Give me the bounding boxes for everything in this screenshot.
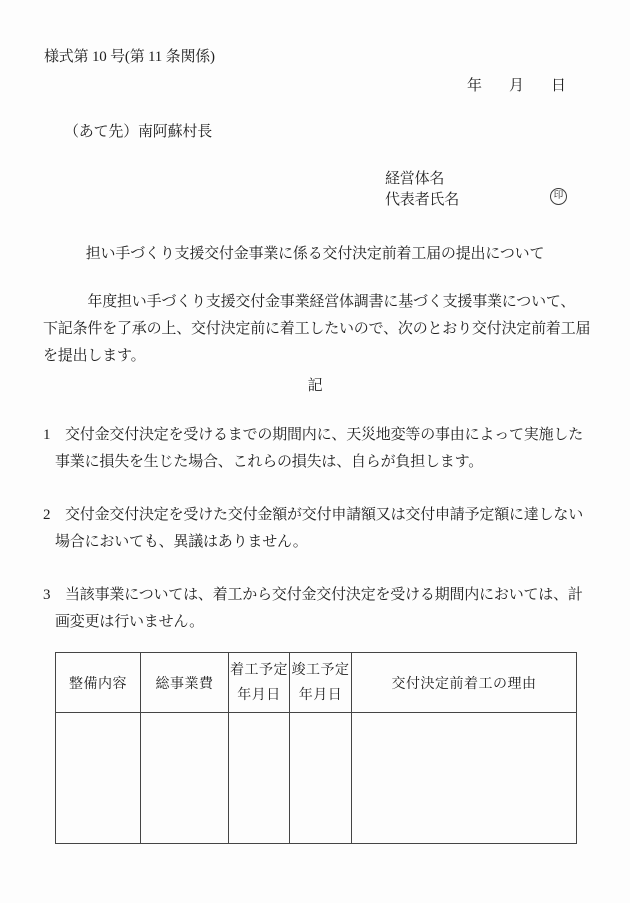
condition-line: 場合においても、異議はありません。 [43,529,592,556]
header-line: 年月日 [229,683,289,708]
cell-maintenance-content [56,713,141,844]
condition-item-3: 3当該事業については、着工から交付金交付決定を受ける期間内においては、計 画変更… [43,582,592,636]
condition-line: 画変更は行いません。 [43,609,592,636]
header-line: 年月日 [290,683,351,708]
body-line: を提出します。 [43,343,592,370]
header-line: 着工予定 [229,658,289,683]
item-number: 3 [43,582,65,609]
form-number: 様式第 10 号(第 11 条関係) [44,45,215,66]
construction-schedule-table: 整備内容 総事業費 着工予定 年月日 竣工予定 年月日 交付決定前着工の理由 [55,652,577,844]
item-text: 交付金交付決定を受けた交付金額が交付申請額又は交付申請予定額に達しない [65,507,583,523]
document-title: 担い手づくり支援交付金事業に係る交付決定前着工届の提出について [0,242,630,263]
seal-character: 印 [554,192,564,202]
item-text: 当該事業については、着工から交付金交付決定を受ける期間内においては、計 [65,587,583,603]
cell-planned-start-date [229,713,290,844]
addressee: （あて先）南阿蘇村長 [64,120,212,141]
document-page: 様式第 10 号(第 11 条関係) 年 月 日 （あて先）南阿蘇村長 経営体名… [0,0,630,903]
item-number: 1 [43,422,65,449]
condition-item-2: 2交付金交付決定を受けた交付金額が交付申請額又は交付申請予定額に達しない 場合に… [43,502,592,556]
body-paragraph: 年度担い手づくり支援交付金事業経営体調書に基づく支援事業について、 下記条件を了… [43,289,592,370]
header-line: 竣工予定 [290,658,351,683]
condition-line: 1交付金交付決定を受けるまでの期間内に、天災地変等の事由によって実施した [43,422,592,449]
item-text: 交付金交付決定を受けるまでの期間内に、天災地変等の事由によって実施した [65,427,583,443]
cell-total-project-cost [141,713,229,844]
header-planned-start-date: 着工予定 年月日 [229,653,290,713]
ki-marker: 記 [0,374,630,395]
cell-reason-for-pre-decision-start [352,713,577,844]
cell-planned-completion-date [290,713,352,844]
table-header-row: 整備内容 総事業費 着工予定 年月日 竣工予定 年月日 交付決定前着工の理由 [56,653,577,713]
condition-line: 3当該事業については、着工から交付金交付決定を受ける期間内においては、計 [43,582,592,609]
date-line: 年 月 日 [467,74,572,95]
header-maintenance-content: 整備内容 [56,653,141,713]
body-line: 年度担い手づくり支援交付金事業経営体調書に基づく支援事業について、 [43,289,592,316]
header-total-project-cost: 総事業費 [141,653,229,713]
item-number: 2 [43,502,65,529]
condition-item-1: 1交付金交付決定を受けるまでの期間内に、天災地変等の事由によって実施した 事業に… [43,422,592,476]
condition-line: 2交付金交付決定を受けた交付金額が交付申請額又は交付申請予定額に達しない [43,502,592,529]
header-planned-completion-date: 竣工予定 年月日 [290,653,352,713]
table-entry-row [56,713,577,844]
condition-line: 事業に損失を生じた場合、これらの損失は、自らが負担します。 [43,449,592,476]
header-reason-for-pre-decision-start: 交付決定前着工の理由 [352,653,577,713]
representative-name-label: 代表者氏名 [385,188,459,209]
body-line: 下記条件を了承の上、交付決定前に着工したいので、次のとおり交付決定前着工届 [43,316,592,343]
seal-stamp-icon: 印 [550,188,567,205]
business-entity-name-label: 経営体名 [385,167,444,188]
